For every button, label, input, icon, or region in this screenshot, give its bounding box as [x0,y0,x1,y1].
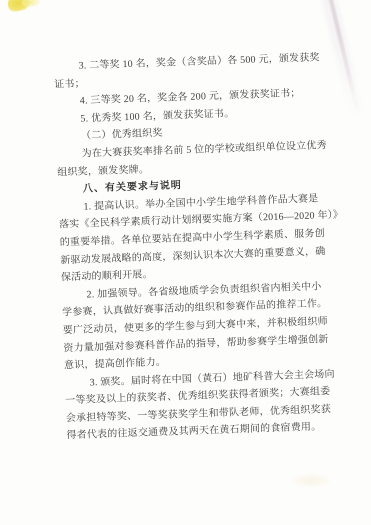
scanned-document-page: 3. 二等奖 10 名，奖金（含奖品）各 500 元，颁发获奖 证书； 4. 三… [0,0,371,525]
paper-edge-shadow [327,0,361,117]
faint-stain-smudge [292,474,330,487]
document-text-block: 3. 二等奖 10 名，奖金（含奖品）各 500 元，颁发获奖 证书； 4. 三… [53,50,319,446]
